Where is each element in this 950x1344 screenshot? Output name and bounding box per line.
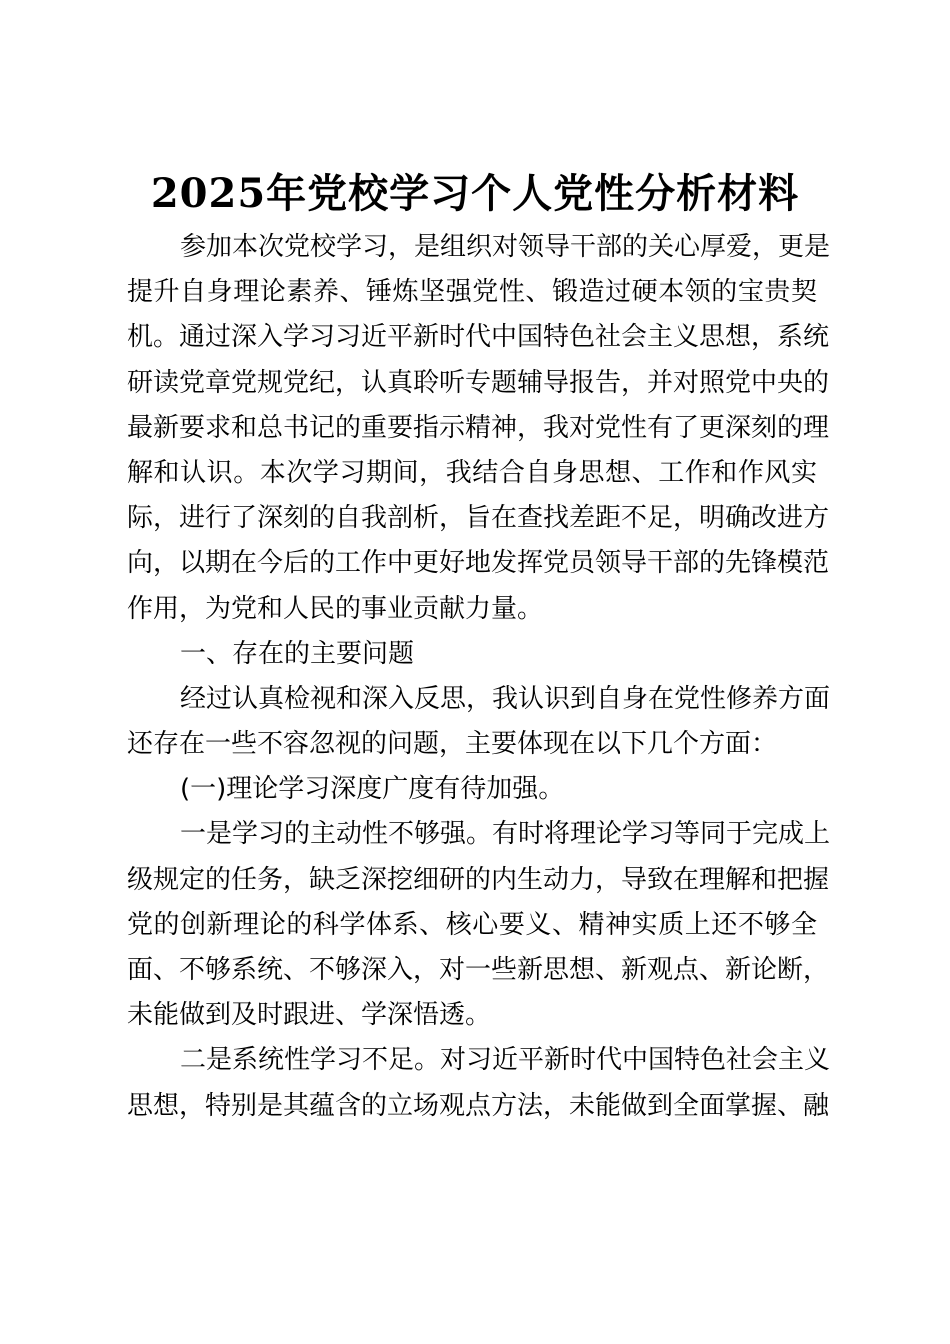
text-line: 一、存在的主要问题 bbox=[127, 632, 817, 677]
text-line: 二是系统性学习不足。对习近平新时代中国特色社会主义 bbox=[127, 1038, 817, 1083]
document-title: 2025年党校学习个人党性分析材料 bbox=[0, 168, 950, 220]
text-line: 研读党章党规党纪，认真聆听专题辅导报告，并对照党中央的 bbox=[127, 361, 817, 406]
text-line: 经过认真检视和深入反思，我认识到自身在党性修养方面 bbox=[127, 677, 817, 722]
text-line: 级规定的任务，缺乏深挖细研的内生动力，导致在理解和把握 bbox=[127, 858, 817, 903]
text-line: 提升自身理论素养、锤炼坚强党性、锻造过硬本领的宝贵契 bbox=[127, 270, 817, 315]
text-line: 机。通过深入学习习近平新时代中国特色社会主义思想，系统 bbox=[127, 315, 817, 360]
text-line: 参加本次党校学习，是组织对领导干部的关心厚爱，更是 bbox=[127, 225, 817, 270]
text-line: 际，进行了深刻的自我剖析，旨在查找差距不足，明确改进方 bbox=[127, 496, 817, 541]
text-line: 向，以期在今后的工作中更好地发挥党员领导干部的先锋模范 bbox=[127, 541, 817, 586]
text-line: 还存在一些不容忽视的问题，主要体现在以下几个方面： bbox=[127, 722, 817, 767]
text-line: 面、不够系统、不够深入，对一些新思想、新观点、新论断， bbox=[127, 948, 817, 993]
text-line: 作用，为党和人民的事业贡献力量。 bbox=[127, 587, 817, 632]
text-line: 党的创新理论的科学体系、核心要义、精神实质上还不够全 bbox=[127, 903, 817, 948]
text-line: 一是学习的主动性不够强。有时将理论学习等同于完成上 bbox=[127, 812, 817, 857]
document-body: 参加本次党校学习，是组织对领导干部的关心厚爱，更是提升自身理论素养、锤炼坚强党性… bbox=[127, 225, 817, 1129]
text-line: 解和认识。本次学习期间，我结合自身思想、工作和作风实 bbox=[127, 451, 817, 496]
text-line: 思想，特别是其蕴含的立场观点方法，未能做到全面掌握、融 bbox=[127, 1084, 817, 1129]
text-line: (一)理论学习深度广度有待加强。 bbox=[127, 767, 817, 812]
text-line: 最新要求和总书记的重要指示精神，我对党性有了更深刻的理 bbox=[127, 406, 817, 451]
text-line: 未能做到及时跟进、学深悟透。 bbox=[127, 993, 817, 1038]
document-page: 2025年党校学习个人党性分析材料 参加本次党校学习，是组织对领导干部的关心厚爱… bbox=[0, 0, 950, 1344]
